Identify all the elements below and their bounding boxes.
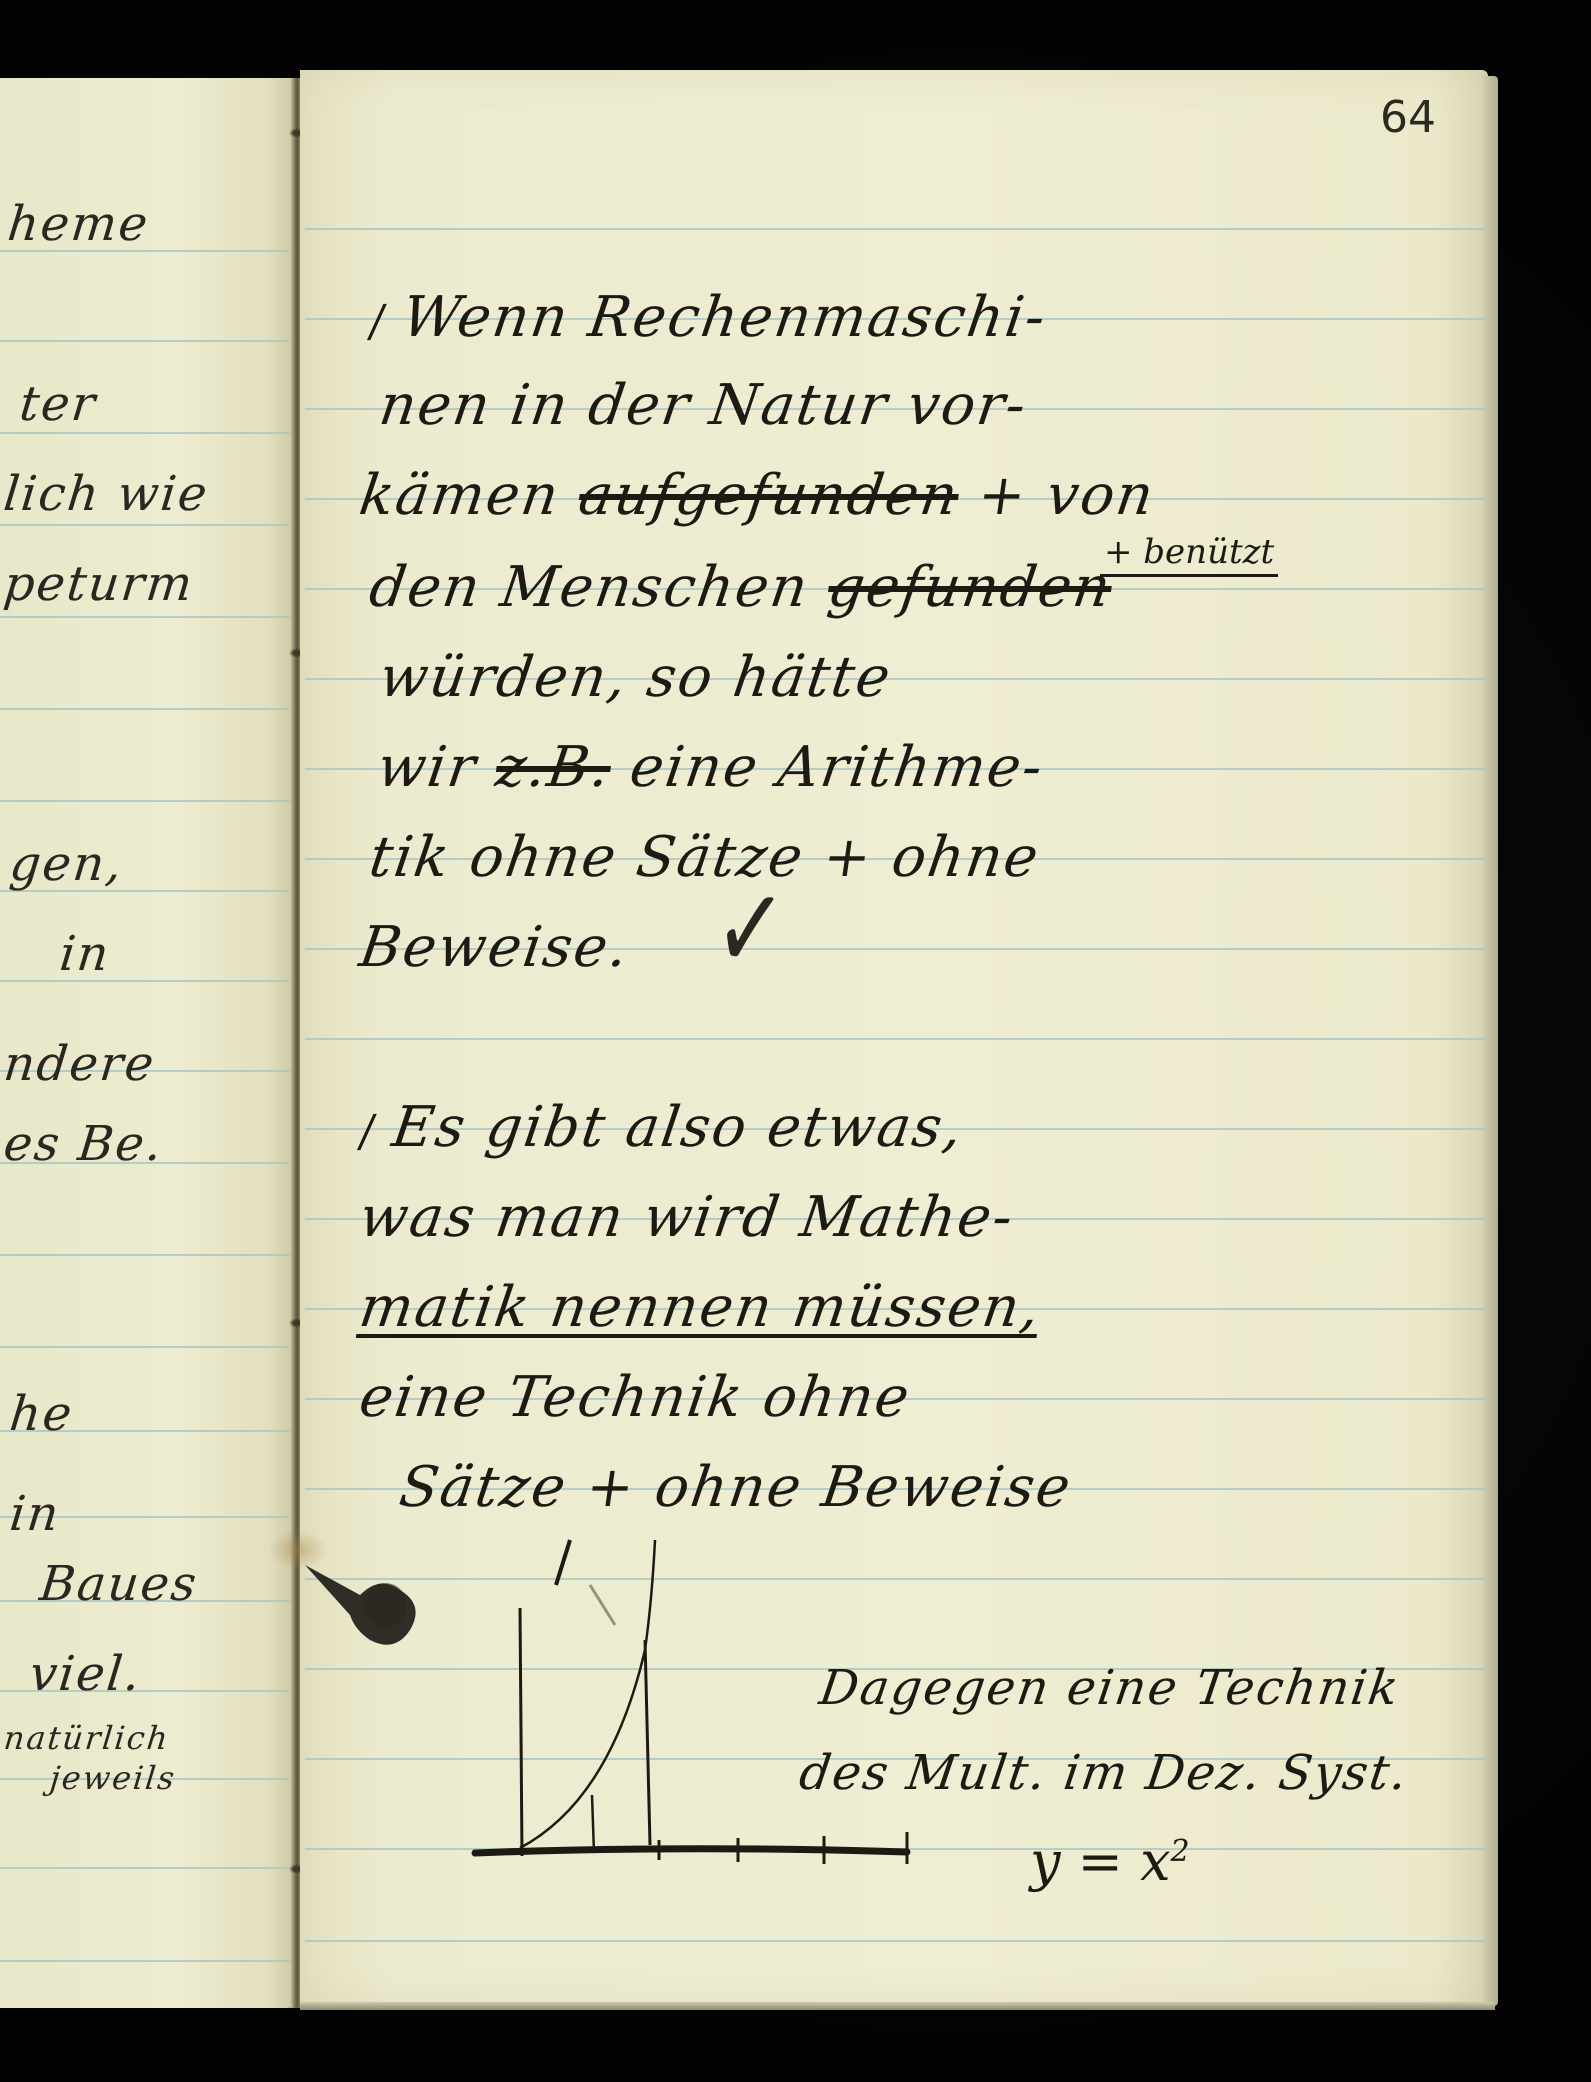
line-text: + von: [974, 463, 1159, 528]
paragraph-1-line-5: würden, so hätte: [376, 650, 895, 706]
rule-line: [305, 228, 1485, 230]
struck-word: gefunden: [824, 555, 1116, 620]
annotation-line-1: Dagegen eine Technik: [816, 1660, 1404, 1716]
left-fragment: ter: [17, 380, 99, 428]
left-fragment: in: [7, 1490, 62, 1538]
checkmark-icon: ✓: [710, 855, 790, 1004]
paragraph-1-line-2: nen in der Natur vor-: [376, 378, 1031, 434]
rule-line: [0, 1346, 290, 1348]
paragraph-2-line-1: /Es gibt also etwas,: [356, 1100, 967, 1156]
struck-word: aufgefunden: [575, 463, 963, 528]
paragraph-1-line-7: tik ohne Sätze + ohne: [366, 830, 1043, 886]
rule-line: [0, 432, 290, 434]
paragraph-2-line-4: eine Technik ohne: [356, 1370, 914, 1426]
left-fragment: in: [57, 930, 112, 978]
line-text: Wenn Rechenmaschi-: [398, 285, 1051, 350]
rule-line: [0, 708, 290, 710]
paragraph-1-line-6: wir z.B. eine Arithme-: [374, 740, 1047, 796]
rule-line: [0, 1960, 290, 1962]
page-stack-edge: [1480, 76, 1498, 2006]
formula: y = x2: [1030, 1830, 1190, 1893]
left-fragment: jeweils: [48, 1762, 177, 1794]
annotation-line-2: des Mult. im Dez. Syst.: [796, 1745, 1412, 1801]
page-bottom-edge: [300, 2002, 1495, 2010]
rule-line: [305, 1038, 1485, 1040]
left-fragment: lich wie: [1, 470, 211, 518]
rule-line: [305, 1940, 1485, 1942]
formula-exponent: 2: [1171, 1834, 1190, 1869]
rule-line: [0, 1254, 290, 1256]
left-fragment: heme: [5, 200, 151, 248]
left-fragment: he: [7, 1390, 75, 1438]
line-text: Es gibt also etwas,: [388, 1095, 968, 1160]
left-fragment: ndere: [1, 1040, 157, 1088]
insertion-above: + benützt: [1100, 532, 1278, 577]
rule-line: [0, 800, 290, 802]
rule-line: [0, 340, 290, 342]
struck-word: z.B.: [492, 735, 615, 800]
paragraph-1-line-8: Beweise.: [356, 920, 633, 976]
paragraph-2-line-5: Sätze + ohne Beweise: [396, 1460, 1075, 1516]
line-text: wir: [374, 735, 482, 800]
paragraph-1-line-1: /Wenn Rechenmaschi-: [366, 290, 1050, 346]
rule-line: [0, 980, 290, 982]
paragraph-1-line-4: den Menschen gefunden: [366, 560, 1115, 616]
rule-line: [0, 1867, 290, 1869]
line-text: den Menschen: [366, 555, 814, 620]
left-fragment: gen,: [7, 840, 125, 888]
left-fragment: natürlich: [2, 1722, 171, 1754]
left-fragment: peturm: [1, 560, 196, 608]
rule-line: [0, 616, 290, 618]
paragraph-1-line-3: kämen aufgefunden + von: [356, 468, 1158, 524]
line-text: kämen: [356, 463, 565, 528]
formula-base: y = x: [1030, 1830, 1171, 1893]
line-text: eine Arithme-: [626, 735, 1048, 800]
paper-stain: [268, 1530, 328, 1570]
left-fragment: es Be.: [1, 1120, 165, 1168]
left-fragment: Baues: [37, 1560, 200, 1608]
page-number: 64: [1380, 92, 1436, 143]
paragraph-2-line-2: was man wird Mathe-: [356, 1190, 1018, 1246]
paragraph-2-line-3: matik nennen müssen,: [356, 1280, 1045, 1336]
rule-line: [0, 524, 290, 526]
left-fragment: viel.: [27, 1650, 144, 1698]
